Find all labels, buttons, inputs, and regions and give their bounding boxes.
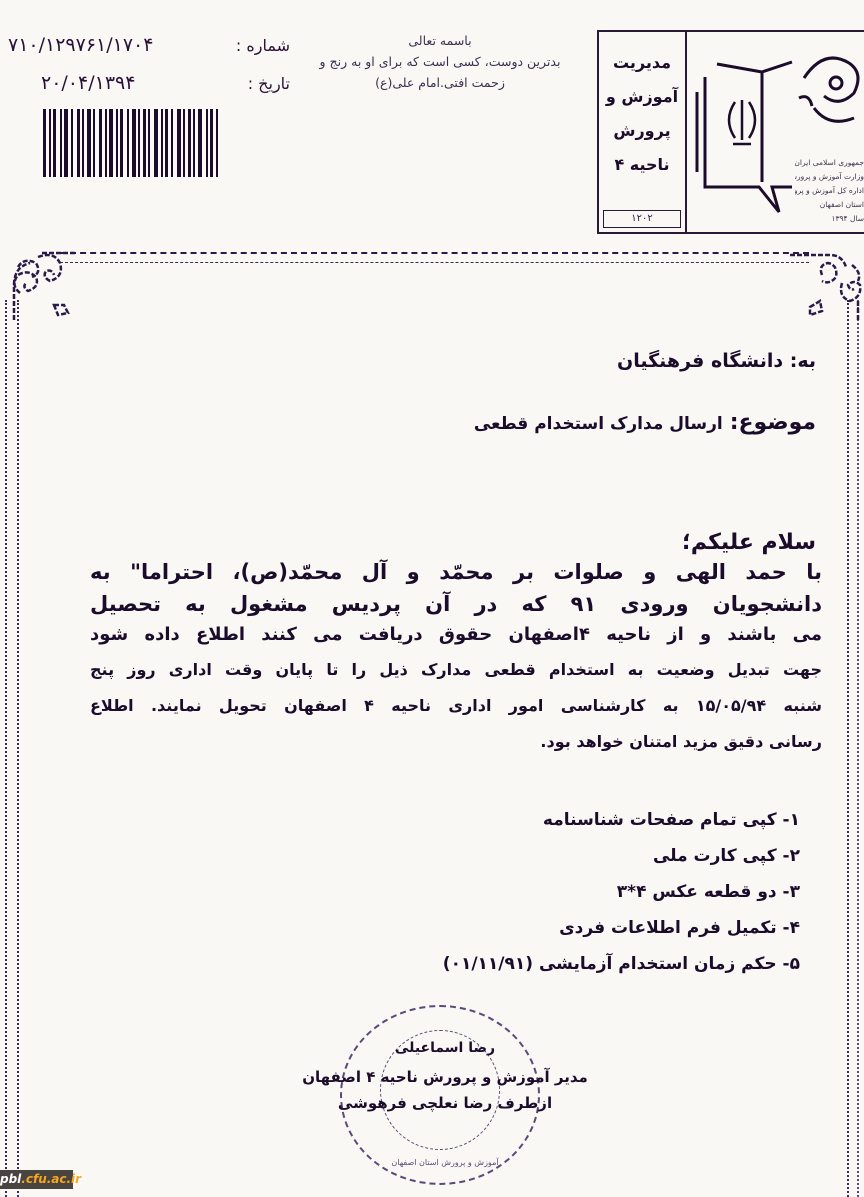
requirement-item: ۲- کپی کارت ملی <box>653 846 800 866</box>
requirement-item: ۴- تکمیل فرم اطلاعات فردی <box>559 918 800 938</box>
subject-value: ارسال مدارک استخدام قطعی <box>474 414 723 434</box>
watermark-prefix: pbl <box>0 1172 21 1186</box>
barcode-icon <box>43 109 243 177</box>
ministry-line: وزارت آموزش و پرورش <box>795 170 864 184</box>
watermark-domain: .cfu.ac.ir <box>21 1172 81 1186</box>
recipient-label: به: <box>790 350 816 372</box>
motto-title: باسمه تعالی <box>280 30 600 51</box>
requirement-item: ۱- کپی تمام صفحات شناسنامه <box>543 810 800 830</box>
office-code: ۱۲۰۲ <box>603 210 681 228</box>
body-paragraph-line: رسانی دقیق مزید امتنان خواهد بود. <box>540 732 822 751</box>
body-paragraph-line: دانشجویان ورودی ۹۱ که در آن پردیس مشغول … <box>90 592 822 616</box>
subject-label: موضوع: <box>730 410 816 435</box>
greeting: سلام علیکم؛ <box>682 530 816 555</box>
header-motto: باسمه تعالی بدترین دوست، کسی است که برای… <box>280 30 600 93</box>
office-name-line: پرورش <box>599 114 685 148</box>
signer-on-behalf: ازطرف رضا نعلچی فرهوشی <box>330 1094 560 1112</box>
frame-right-border <box>847 300 859 1197</box>
requirement-item: ۵- حکم زمان استخدام آزمایشی (۰۱/۱۱/۹۱) <box>443 954 800 974</box>
recipient-value: دانشگاه فرهنگیان <box>617 350 783 372</box>
letter-date: ۲۰/۰۴/۱۳۹۴ <box>41 72 135 94</box>
corner-ornament-right-icon <box>790 245 864 320</box>
stamp-text: آموزش و پرورش استان اصفهان <box>390 1158 500 1167</box>
office-name-box: مدیریت آموزش و پرورش ناحیه ۴ ۱۲۰۲ <box>597 30 687 234</box>
motto-line: زحمت افتی.امام علی(ع) <box>280 72 600 93</box>
ministry-line: استان اصفهان <box>795 198 864 212</box>
office-name-line: مدیریت <box>599 46 685 80</box>
bird-emblem-icon <box>794 38 864 148</box>
signer-title: مدیر آموزش و پرورش ناحیه ۴ اصفهان <box>295 1068 595 1086</box>
office-name-line: ناحیه ۴ <box>599 148 685 182</box>
ministry-text: جمهوری اسلامی ایران وزارت آموزش و پرورش … <box>795 156 864 226</box>
body-paragraph-line: جهت تبدیل وضعیت به استخدام قطعی مدارک ذی… <box>90 660 822 679</box>
office-name-line: آموزش و <box>599 80 685 114</box>
recipient-line: به: دانشگاه فرهنگیان <box>617 350 816 372</box>
ministry-line: اداره کل آموزش و پرورش <box>795 184 864 198</box>
subject-line: موضوع: ارسال مدارک استخدام قطعی <box>474 410 816 435</box>
body-paragraph-line: می باشند و از ناحیه ۴اصفهان حقوق دریافت … <box>90 624 822 645</box>
body-paragraph-line: با حمد الهی و صلوات بر محمّد و آل محمّد(… <box>90 560 822 584</box>
letter-number: ۷۱۰/۱۲۹۷۶۱/۱۷۰۴ <box>8 34 153 56</box>
frame-top-border <box>60 252 809 263</box>
ministry-line: سال ۱۳۹۴ <box>795 212 864 226</box>
corner-ornament-left-icon <box>2 245 77 320</box>
motto-line: بدترین دوست، کسی است که برای او به رنج و <box>280 51 600 72</box>
requirement-item: ۳- دو قطعه عکس ۴*۳ <box>617 882 800 902</box>
ministry-logo: جمهوری اسلامی ایران وزارت آموزش و پرورش … <box>687 30 864 234</box>
book-emblem-icon <box>687 32 797 232</box>
frame-left-border <box>5 300 19 1197</box>
site-watermark: pbl.cfu.ac.ir <box>0 1170 73 1189</box>
ministry-line: جمهوری اسلامی ایران <box>795 156 864 170</box>
signer-name: رضا اسماعیلی <box>380 1040 510 1056</box>
body-paragraph-line: شنبه ۱۵/۰۵/۹۴ به کارشناسی امور اداری ناح… <box>90 696 822 715</box>
